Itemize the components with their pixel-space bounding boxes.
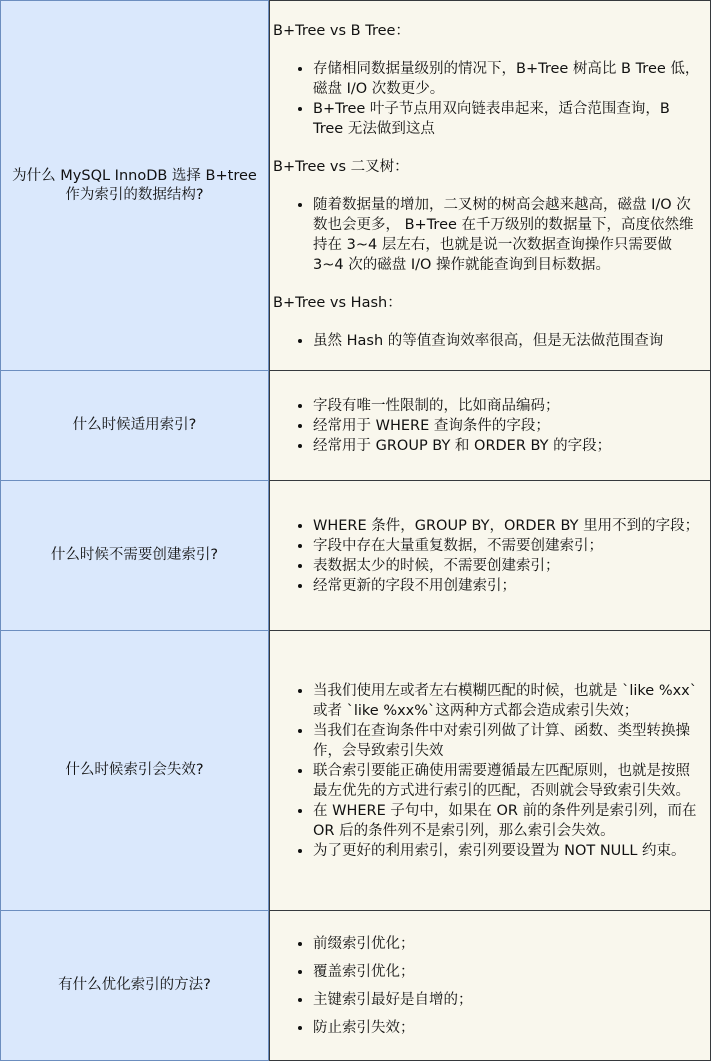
question-cell: 有什么优化索引的方法?: [0, 910, 269, 1061]
bullet-list: 存储相同数据量级别的情况下，B+Tree 树高比 B Tree 低，磁盘 I/O…: [273, 59, 704, 139]
question-cell: 什么时候适用索引?: [0, 370, 269, 481]
list-item: 当我们使用左或者左右模糊匹配的时候，也就是 `like %xx` 或者 `lik…: [313, 681, 704, 721]
list-item: 经常用于 GROUP BY 和 ORDER BY 的字段；: [313, 436, 704, 456]
list-item: B+Tree 叶子节点用双向链表串起来，适合范围查询，B Tree 无法做到这点: [313, 99, 704, 139]
question-cell: 什么时候不需要创建索引?: [0, 480, 269, 631]
question-text: 为什么 MySQL InnoDB 选择 B+tree 作为索引的数据结构?: [7, 167, 262, 205]
section-heading-btree-vs-binary-tree: B+Tree vs 二叉树：: [273, 157, 704, 177]
list-item: 为了更好的利用索引，索引列要设置为 NOT NULL 约束。: [313, 841, 704, 861]
section-heading-btree-vs-btree: B+Tree vs B Tree：: [273, 21, 704, 41]
row-why-btree: 为什么 MySQL InnoDB 选择 B+tree 作为索引的数据结构? B+…: [0, 0, 711, 371]
list-item: 在 WHERE 子句中，如果在 OR 前的条件列是索引列，而在 OR 后的条件列…: [313, 801, 704, 841]
row-index-optimization: 有什么优化索引的方法? 前缀索引优化； 覆盖索引优化； 主键索引最好是自增的； …: [0, 910, 711, 1061]
list-item: 字段有唯一性限制的，比如商品编码；: [313, 396, 704, 416]
row-index-invalidation: 什么时候索引会失效? 当我们使用左或者左右模糊匹配的时候，也就是 `like %…: [0, 630, 711, 911]
list-item: 表数据太少的时候，不需要创建索引；: [313, 556, 704, 576]
bullet-list: WHERE 条件，GROUP BY，ORDER BY 里用不到的字段； 字段中存…: [273, 516, 704, 596]
bullet-list: 前缀索引优化； 覆盖索引优化； 主键索引最好是自增的； 防止索引失效；: [273, 934, 704, 1046]
row-when-not-to-index: 什么时候不需要创建索引? WHERE 条件，GROUP BY，ORDER BY …: [0, 480, 711, 631]
answer-cell: 当我们使用左或者左右模糊匹配的时候，也就是 `like %xx` 或者 `lik…: [269, 630, 711, 911]
list-item: 覆盖索引优化；: [313, 962, 704, 982]
list-item: 防止索引失效；: [313, 1018, 704, 1038]
bullet-list: 随着数据量的增加，二叉树的树高会越来越高，磁盘 I/O 次数也会更多， B+Tr…: [273, 195, 704, 275]
list-item: WHERE 条件，GROUP BY，ORDER BY 里用不到的字段；: [313, 516, 704, 536]
list-item: 联合索引要能正确使用需要遵循最左匹配原则，也就是按照最左优先的方式进行索引的匹配…: [313, 761, 704, 801]
bullet-list: 字段有唯一性限制的，比如商品编码； 经常用于 WHERE 查询条件的字段； 经常…: [273, 396, 704, 456]
list-item: 存储相同数据量级别的情况下，B+Tree 树高比 B Tree 低，磁盘 I/O…: [313, 59, 704, 99]
list-item: 前缀索引优化；: [313, 934, 704, 954]
list-item: 虽然 Hash 的等值查询效率很高，但是无法做范围查询: [313, 331, 704, 351]
question-cell: 什么时候索引会失效?: [0, 630, 269, 911]
list-item: 主键索引最好是自增的；: [313, 990, 704, 1010]
list-item: 经常更新的字段不用创建索引；: [313, 576, 704, 596]
section-heading-btree-vs-hash: B+Tree vs Hash：: [273, 293, 704, 313]
list-item: 经常用于 WHERE 查询条件的字段；: [313, 416, 704, 436]
bullet-list: 当我们使用左或者左右模糊匹配的时候，也就是 `like %xx` 或者 `lik…: [273, 681, 704, 861]
answer-cell: B+Tree vs B Tree： 存储相同数据量级别的情况下，B+Tree 树…: [269, 0, 711, 371]
list-item: 字段中存在大量重复数据，不需要创建索引；: [313, 536, 704, 556]
list-item: 当我们在查询条件中对索引列做了计算、函数、类型转换操作，会导致索引失效: [313, 721, 704, 761]
question-text: 有什么优化索引的方法?: [58, 976, 211, 995]
question-text: 什么时候不需要创建索引?: [51, 546, 218, 565]
answer-cell: 前缀索引优化； 覆盖索引优化； 主键索引最好是自增的； 防止索引失效；: [269, 910, 711, 1061]
row-when-to-use-index: 什么时候适用索引? 字段有唯一性限制的，比如商品编码； 经常用于 WHERE 查…: [0, 370, 711, 481]
list-item: 随着数据量的增加，二叉树的树高会越来越高，磁盘 I/O 次数也会更多， B+Tr…: [313, 195, 704, 275]
question-cell: 为什么 MySQL InnoDB 选择 B+tree 作为索引的数据结构?: [0, 0, 269, 371]
question-text: 什么时候索引会失效?: [65, 761, 203, 780]
bullet-list: 虽然 Hash 的等值查询效率很高，但是无法做范围查询: [273, 331, 704, 351]
question-text: 什么时候适用索引?: [73, 416, 197, 435]
answer-cell: 字段有唯一性限制的，比如商品编码； 经常用于 WHERE 查询条件的字段； 经常…: [269, 370, 711, 481]
answer-cell: WHERE 条件，GROUP BY，ORDER BY 里用不到的字段； 字段中存…: [269, 480, 711, 631]
